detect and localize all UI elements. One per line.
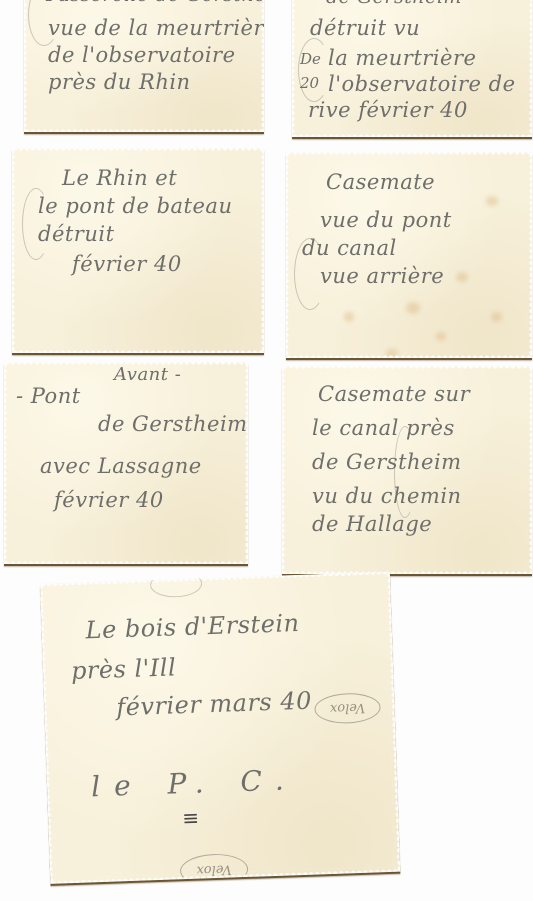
foxing-stain: [486, 196, 498, 206]
card-7-line-1: Le bois d'Erstein: [85, 609, 300, 644]
photo-back-card-7: Le bois d'Erstein près l'Ill février mar…: [40, 572, 400, 884]
card-5-line-4: avec Lassagne: [40, 454, 202, 478]
card-4-line-3: du canal: [302, 236, 397, 260]
card-5-line-3: de Gerstheim: [98, 412, 248, 436]
photo-back-card-2: de Gerstheim détruit vu De 20 la meurtri…: [292, 0, 532, 137]
card-2-line-5: rive février 40: [308, 98, 468, 122]
card-6-line-1: Casemate sur: [318, 382, 470, 406]
card-3-line-3: détruit: [38, 222, 115, 246]
card-3-line-1: Le Rhin et: [62, 166, 177, 190]
card-2-line-3: la meurtrière: [328, 46, 476, 70]
card-7-line-3: février mars 40: [116, 687, 312, 722]
card-3-line-4: février 40: [72, 252, 182, 276]
card-1-line-4: près du Rhin: [48, 70, 191, 94]
card-4-line-2: vue du pont: [320, 208, 452, 232]
photo-back-card-4: Casemate vue du pont du canal vue arrièr…: [286, 152, 532, 358]
card-1-line-2: vue de la meurtrière: [48, 16, 264, 40]
foxing-stain: [344, 312, 354, 322]
foxing-stain: [386, 349, 398, 357]
foxing-stain: [406, 302, 420, 314]
card-4-line-1: Casemate: [326, 170, 435, 194]
card-4-line-4: vue arrière: [320, 264, 444, 288]
card-5-line-1: Avant -: [114, 364, 181, 385]
card-7-line-4: le P. C.: [91, 763, 299, 803]
photo-back-card-5: Avant - - Pont de Gerstheim avec Lassagn…: [4, 362, 248, 564]
card-5-line-2: - Pont: [16, 384, 81, 408]
card-3-line-2: le pont de bateau: [38, 194, 232, 218]
card-1-line-1: Passerelle de Gerstheim: [46, 0, 264, 6]
photo-back-card-6: Casemate sur le canal près de Gerstheim …: [282, 366, 532, 574]
pencil-marks: ≡: [182, 813, 198, 824]
foxing-stain: [456, 272, 468, 282]
card-2-line-2: détruit vu: [310, 16, 420, 40]
card-1-line-3: de l'observatoire: [48, 43, 236, 67]
photo-back-card-3: Le Rhin et le pont de bateau détruit fév…: [12, 148, 264, 353]
card-7-line-2: près l'Ill: [71, 653, 177, 685]
foxing-stain: [491, 312, 502, 322]
card-5-line-5: février 40: [54, 488, 164, 512]
photo-back-card-1: Passerelle de Gerstheim vue de la meurtr…: [24, 0, 264, 132]
card-2-margin-note-2: 20: [300, 74, 319, 92]
velox-stamp: Velox: [314, 692, 381, 724]
card-6-line-2: le canal près: [312, 416, 455, 440]
card-2-line-1: de Gerstheim: [326, 0, 462, 8]
stamp-ghost-arc: [150, 572, 203, 598]
foxing-stain: [436, 332, 446, 341]
stamp-ghost-arc: [298, 38, 330, 102]
card-6-line-5: de Hallage: [312, 512, 432, 536]
card-2-line-4: l'observatoire de: [328, 72, 516, 96]
card-6-line-4: vu du chemin: [312, 484, 462, 508]
velox-stamp: Velox: [180, 853, 249, 884]
card-6-line-3: de Gerstheim: [312, 450, 462, 474]
card-2-margin-note-1: De: [300, 50, 321, 68]
